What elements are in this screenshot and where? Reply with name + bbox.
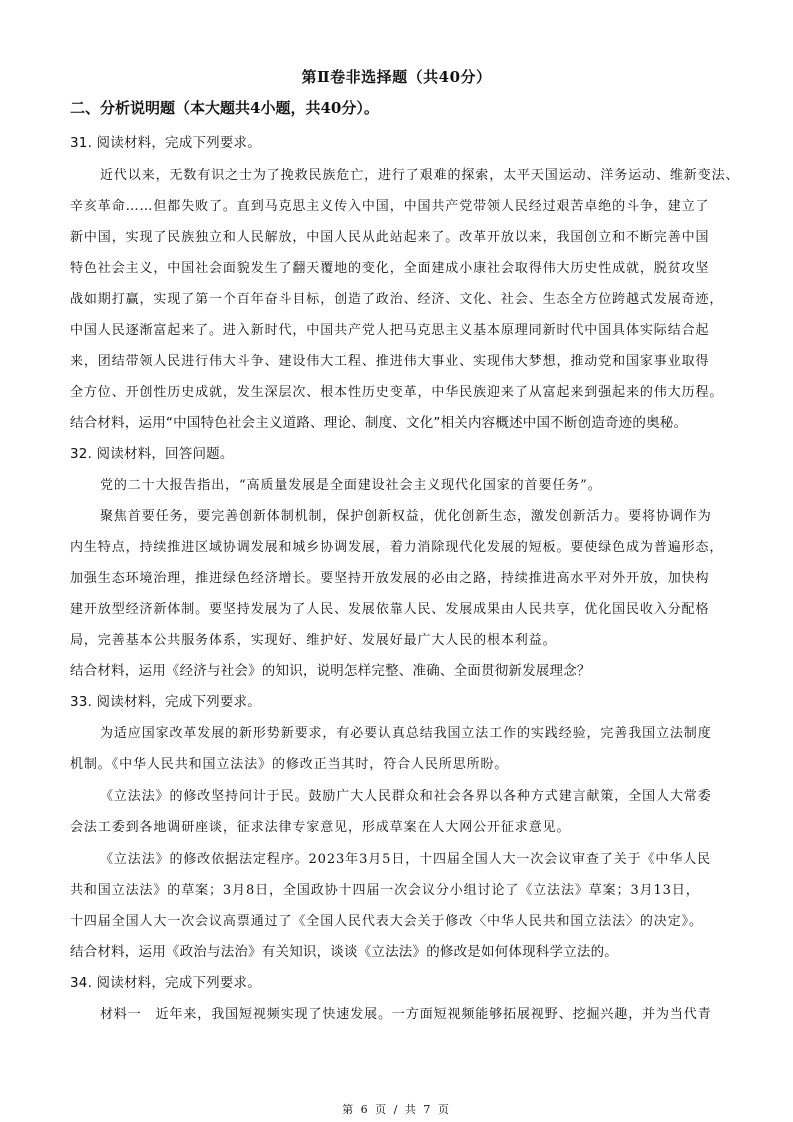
exam-page: 第Ⅱ卷非选择题（共40分） 二、分析说明题（本大题共4小题，共40分）。 31.…	[0, 0, 793, 1122]
q33-material-line: 共和国立法法》的草案；3月8日，全国政协十四届一次会议分小组讨论了《立法法》草案…	[70, 879, 720, 898]
q33-material-line: 十四届全国人大一次会议高票通过了《全国人民代表大会关于修改〈中华人民共和国立法法…	[70, 910, 720, 929]
part-title: 第Ⅱ卷非选择题（共40分）	[0, 66, 793, 87]
q32-material-line: 聚焦首要任务，要完善创新体制机制，保护创新权益，优化创新生态，激发创新活力。要将…	[100, 505, 720, 524]
q34-material-line: 材料一 近年来，我国短视频实现了快速发展。一方面短视频能够拓展视野、挖掘兴趣，并…	[100, 1003, 720, 1022]
q31-material-line: 近代以来，无数有识之士为了挽救民族危亡，进行了艰难的探索，太平天国运动、洋务运动…	[100, 164, 720, 183]
q33-material-line: 会法工委到各地调研座谈，征求法律专家意见，形成草案在人大网公开征求意见。	[70, 816, 720, 835]
section-heading: 二、分析说明题（本大题共4小题，共40分）。	[70, 97, 379, 118]
question-33-stem: 33. 阅读材料，完成下列要求。	[70, 690, 720, 710]
q31-material-line: 战如期打赢，实现了第一个百年奋斗目标，创造了政治、经济、文化、社会、生态全方位跨…	[70, 288, 720, 307]
page-indicator: 第 6 页 / 共 7 页	[0, 1101, 793, 1117]
q32-material-line: 局，完善基本公共服务体系，实现好、维护好、发展好最广大人民的根本利益。	[70, 629, 720, 648]
q33-material-line: 为适应国家改革发展的新形势新要求，有必要认真总结我国立法工作的实践经验，完善我国…	[100, 722, 720, 741]
q31-material-line: 中国人民逐渐富起来了。进入新时代，中国共产党人把马克思主义基本原理同新时代中国具…	[70, 319, 720, 338]
question-32-task: 结合材料，运用《经济与社会》的知识，说明怎样完整、准确、全面贯彻新发展理念？	[70, 659, 720, 679]
question-31-stem: 31. 阅读材料，完成下列要求。	[70, 131, 720, 151]
q31-material-line: 来，团结带领人民进行伟大斗争、建设伟大工程、推进伟大事业、实现伟大梦想，推动党和…	[70, 350, 720, 369]
question-32-stem: 32. 阅读材料，回答问题。	[70, 442, 720, 462]
q31-material-line: 特色社会主义，中国社会面貌发生了翻天覆地的变化，全面建成小康社会取得伟大历史性成…	[70, 257, 720, 276]
q32-material-line: 内生特点，持续推进区域协调发展和城乡协调发展，着力消除现代化发展的短板。要使绿色…	[70, 536, 720, 555]
q32-material-line: 加强生态环境治理，推进绿色经济增长。要坚持开放发展的必由之路，持续推进高水平对外…	[70, 567, 720, 586]
q33-material-line: 《立法法》的修改坚持问计于民。鼓励广大人民群众和社会各界以各种方式建言献策，全国…	[100, 785, 720, 804]
q33-material-line: 《立法法》的修改依据法定程序。2023年3月5日，十四届全国人大一次会议审查了关…	[100, 848, 720, 867]
q31-material-line: 新中国，实现了民族独立和人民解放，中国人民从此站起来了。改革开放以来，我国创立和…	[70, 226, 720, 245]
q32-material-line: 党的二十大报告指出，“高质量发展是全面建设社会主义现代化国家的首要任务”。	[100, 474, 720, 493]
q31-material-line: 辛亥革命……但都失败了。直到马克思主义传入中国，中国共产党带领人民经过艰苦卓绝的…	[70, 195, 720, 214]
q31-material-line: 全方位、开创性历史成就，发生深层次、根本性历史变革，中华民族迎来了从富起来到强起…	[70, 381, 720, 400]
question-34-stem: 34. 阅读材料，完成下列要求。	[70, 971, 720, 991]
question-31-task: 结合材料，运用“中国特色社会主义道路、理论、制度、文化”相关内容概述中国不断创造…	[70, 411, 720, 431]
question-33-task: 结合材料，运用《政治与法治》有关知识，谈谈《立法法》的修改是如何体现科学立法的。	[70, 940, 720, 960]
q32-material-line: 建开放型经济新体制。要坚持发展为了人民、发展依靠人民、发展成果由人民共享，优化国…	[70, 598, 720, 617]
q33-material-line: 机制。《中华人民共和国立法法》的修改正当其时，符合人民所思所盼。	[70, 753, 720, 772]
